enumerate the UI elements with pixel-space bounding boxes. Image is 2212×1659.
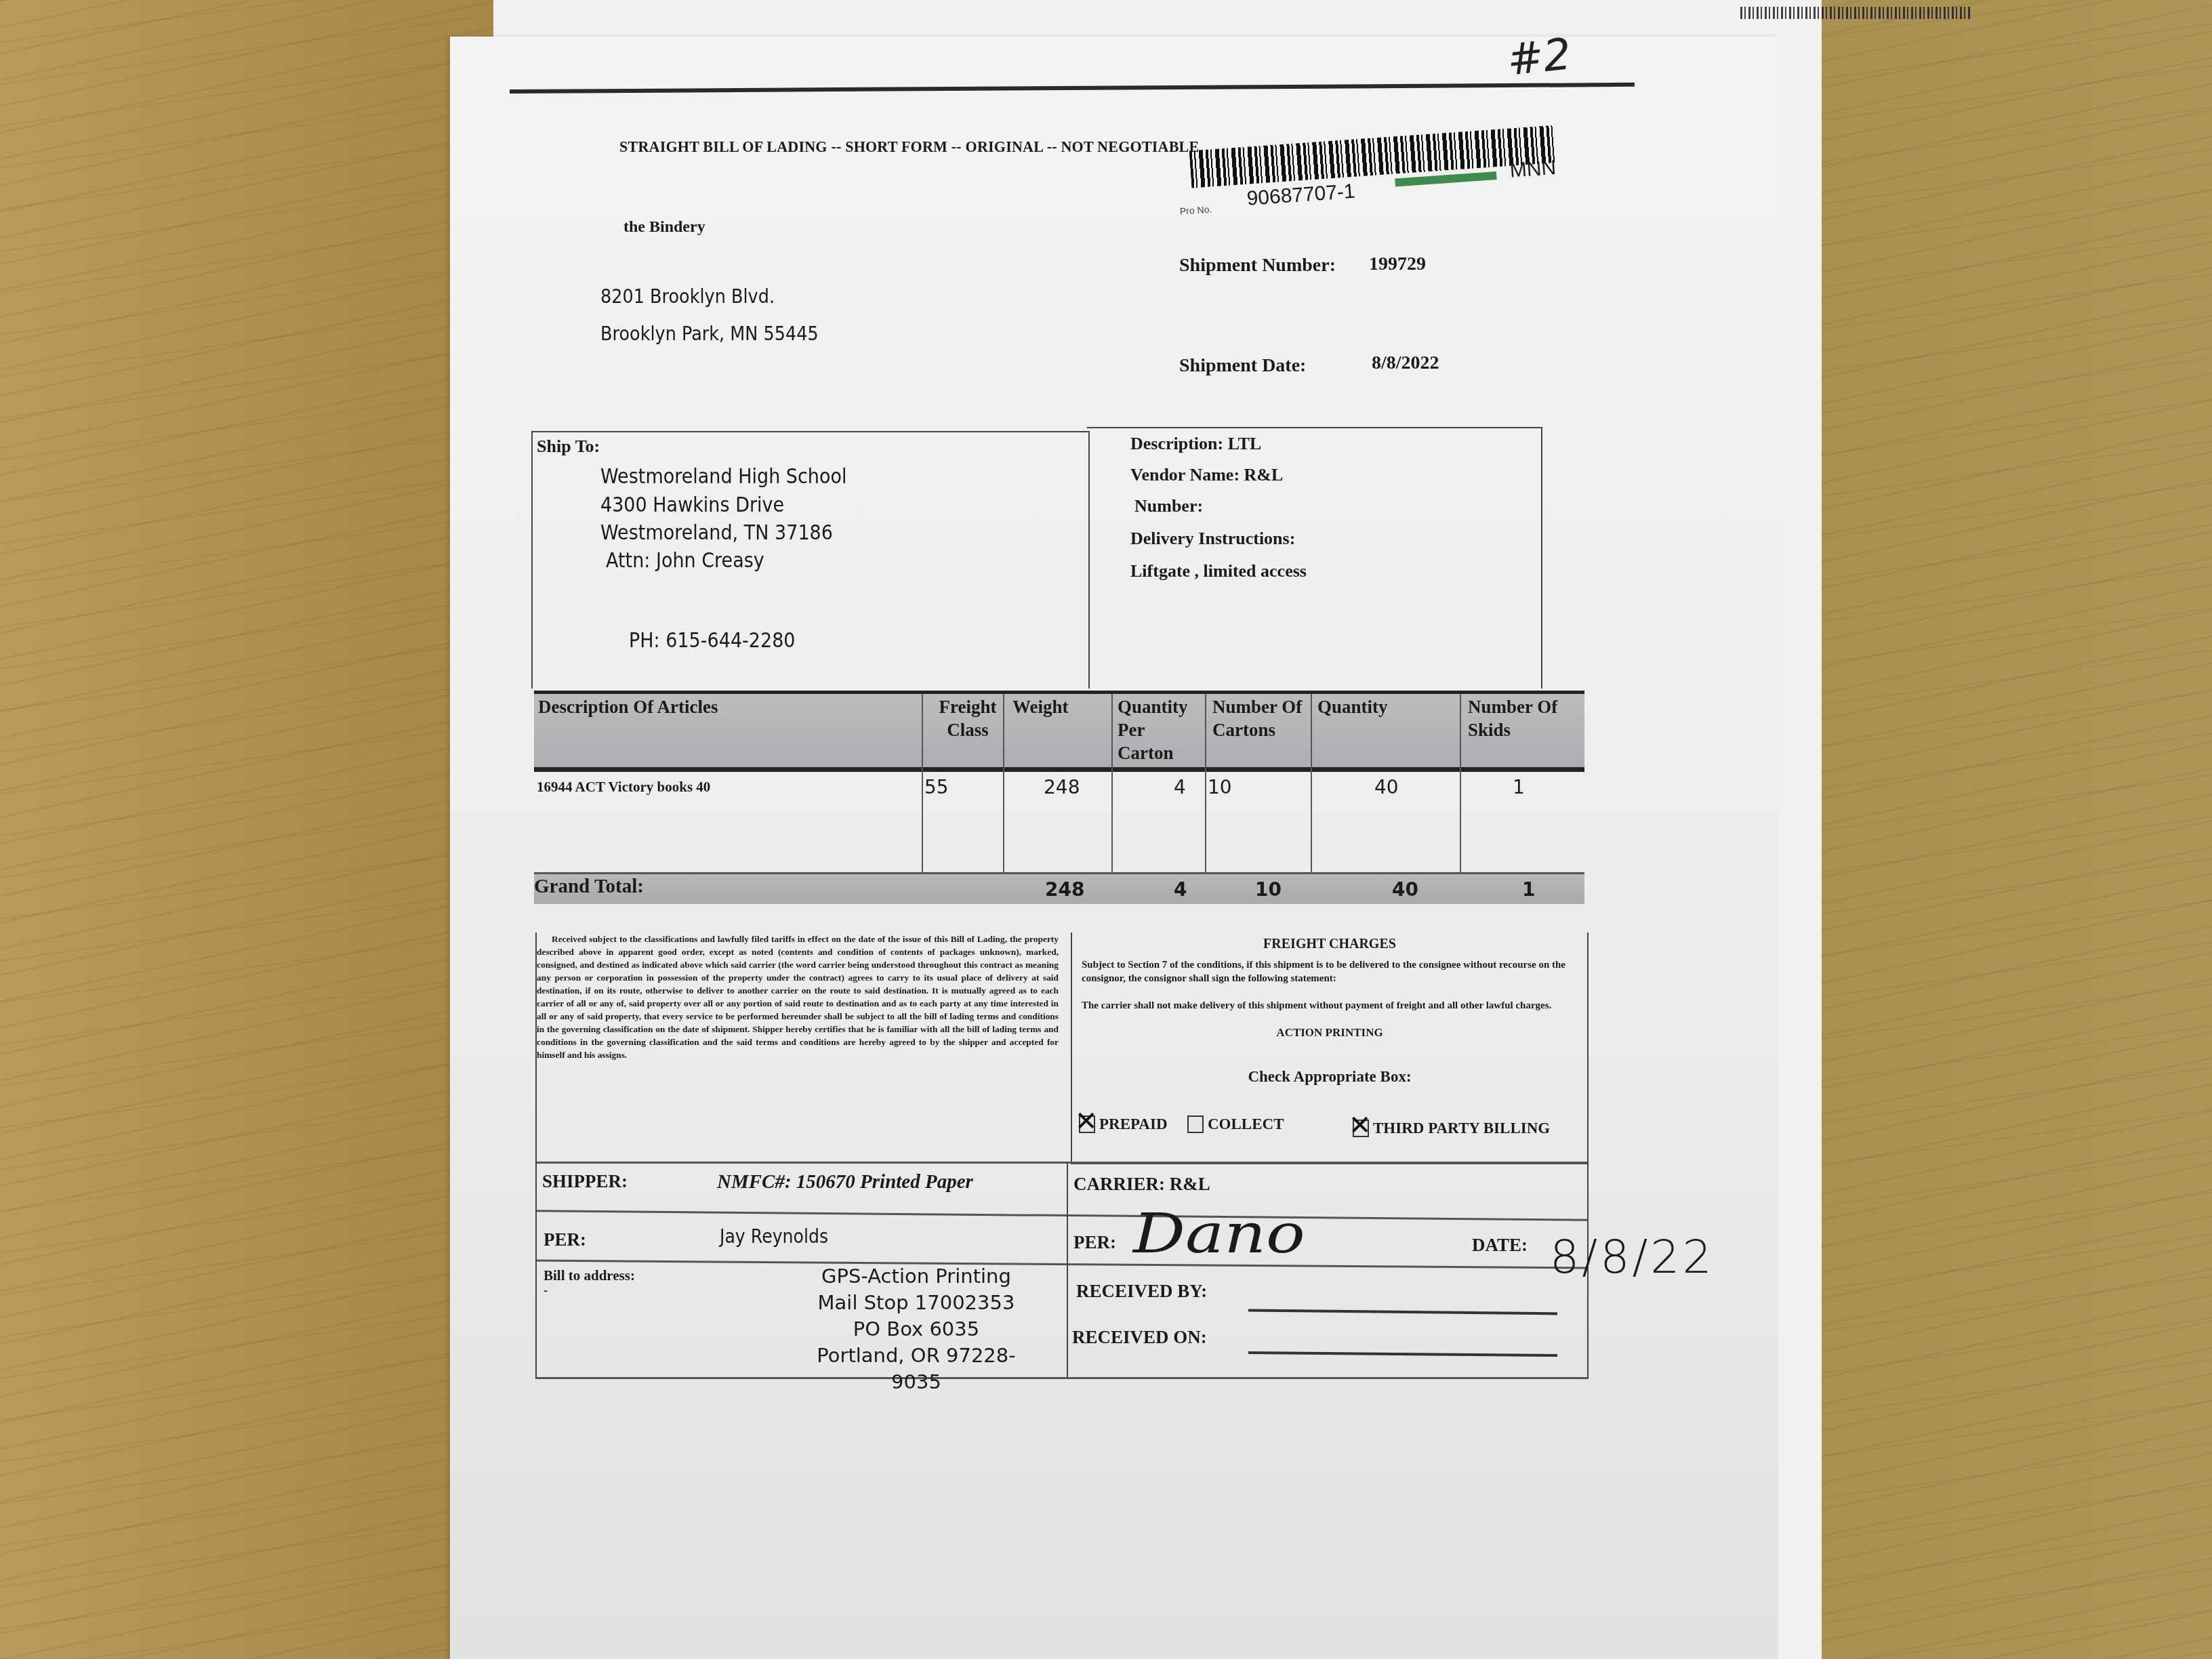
freight-paragraph-2: The carrier shall not make delivery of t… <box>1082 999 1576 1012</box>
shipment-number-label: Shipment Number: <box>1179 255 1336 276</box>
col-header-num-skids: Number Of Skids <box>1464 694 1572 767</box>
form-title: STRAIGHT BILL OF LADING -- SHORT FORM --… <box>619 138 1199 157</box>
bill-to-address: GPS-Action Printing Mail Stop 17002353 P… <box>801 1263 1031 1395</box>
bill-to-line: PO Box 6035 <box>801 1316 1031 1343</box>
signature-section: SHIPPER: NMFC#: 150670 Printed Paper CAR… <box>535 1162 1589 1379</box>
delivery-instructions-label: Delivery Instructions: <box>1130 529 1295 549</box>
checkbox-collect[interactable] <box>1187 1115 1204 1133</box>
carrier-field: CARRIER: R&L <box>1073 1174 1210 1195</box>
date-label: DATE: <box>1472 1235 1528 1256</box>
option-label: THIRD PARTY BILLING <box>1373 1120 1550 1137</box>
divider <box>537 1162 1587 1164</box>
freight-charges-title: FREIGHT CHARGES <box>1072 937 1587 952</box>
option-collect[interactable]: COLLECT <box>1187 1115 1284 1133</box>
vendor-name-field: Vendor Name: R&L <box>1130 465 1283 485</box>
bill-to-dash: - <box>544 1284 548 1298</box>
col-header-qty-per-carton: Quantity Per Carton <box>1113 694 1208 767</box>
shipper-address-line1: 8201 Brooklyn Blvd. <box>600 285 775 308</box>
cell-num-skids: 1 <box>1513 776 1525 798</box>
option-third-party-billing[interactable]: THIRD PARTY BILLING <box>1353 1120 1550 1137</box>
freight-paragraph-1: Subject to Section 7 of the conditions, … <box>1082 958 1576 985</box>
bill-to-line: GPS-Action Printing <box>801 1263 1031 1290</box>
option-label: PREPAID <box>1099 1115 1168 1133</box>
number-field: Number: <box>1134 496 1203 516</box>
shipper-label: SHIPPER: <box>542 1171 628 1192</box>
ship-to-line: Westmoreland, TN 37186 <box>600 521 833 545</box>
back-sheet-barcode <box>1740 7 1971 19</box>
billing-company: ACTION PRINTING <box>1072 1026 1587 1040</box>
shipment-date: 8/8/2022 <box>1372 352 1439 374</box>
received-by-line[interactable] <box>1248 1309 1557 1315</box>
table-header: Description Of Articles Freight Class We… <box>534 691 1584 772</box>
total-weight: 248 <box>1045 878 1084 901</box>
freight-charges-box: FREIGHT CHARGES Subject to Section 7 of … <box>1071 933 1589 1164</box>
option-label: COLLECT <box>1208 1115 1284 1133</box>
carrier-signature: Dano <box>1133 1202 1305 1265</box>
shipment-details-box: Description: LTL Vendor Name: R&L Number… <box>1087 427 1542 689</box>
col-header-description: Description Of Articles <box>534 694 927 767</box>
option-prepaid[interactable]: PREPAID <box>1079 1115 1168 1133</box>
pro-barcode-label: Pro No. 90687707-1 MNN <box>1175 119 1559 226</box>
ship-to-label: Ship To: <box>537 436 600 457</box>
total-qty-per-carton: 4 <box>1174 878 1187 901</box>
shipment-number: 199729 <box>1369 253 1426 275</box>
nmfc-code: NMFC#: 150670 Printed Paper <box>717 1171 973 1193</box>
shipper-name: the Bindery <box>623 218 705 237</box>
handwritten-page-number: #2 <box>1504 29 1574 85</box>
bill-to-line: Mail Stop 17002353 <box>801 1290 1031 1316</box>
bill-to-line: Portland, OR 97228-9035 <box>801 1343 1031 1395</box>
checkbox-prepaid[interactable] <box>1079 1115 1095 1133</box>
description-field: Description: LTL <box>1130 434 1261 454</box>
total-num-cartons: 10 <box>1255 878 1282 901</box>
shipper-address-line2: Brooklyn Park, MN 55445 <box>600 322 819 345</box>
received-on-line[interactable] <box>1248 1351 1557 1357</box>
checkbox-third-party[interactable] <box>1353 1120 1369 1137</box>
handwritten-date: 8/8/22 <box>1550 1231 1715 1284</box>
received-on-label: RECEIVED ON: <box>1072 1327 1207 1348</box>
ship-to-line: Westmoreland High School <box>600 465 846 489</box>
col-header-freight-class: Freight Class <box>927 694 1008 767</box>
col-header-weight: Weight <box>1008 694 1117 767</box>
terms-box: Received subject to the classifications … <box>535 933 1072 1163</box>
cell-description: 16944 ACT Victory books 40 <box>537 779 710 796</box>
pro-label: Pro No. <box>1179 203 1212 216</box>
carrier-per-label: PER: <box>1073 1232 1116 1253</box>
total-quantity: 40 <box>1392 878 1418 901</box>
cell-qty-per-carton: 4 <box>1174 776 1186 798</box>
divider <box>537 1210 1587 1221</box>
shipper-per-name: Jay Reynolds <box>720 1225 828 1248</box>
cell-num-cartons: 10 <box>1208 776 1232 798</box>
carrier-logo-strip <box>1395 171 1496 186</box>
ship-to-line: 4300 Hawkins Drive <box>600 493 784 517</box>
check-box-title: Check Appropriate Box: <box>1072 1068 1587 1086</box>
ship-to-phone: PH: 615-644-2280 <box>629 629 796 653</box>
ship-to-box: Ship To: Westmoreland High School 4300 H… <box>531 431 1090 689</box>
terms-paragraph: Received subject to the classifications … <box>537 933 1059 1061</box>
pro-number: 90687707-1 <box>1246 180 1356 211</box>
divider <box>1067 1162 1068 1377</box>
payment-options: PREPAID COLLECT THIRD PARTY BILLING <box>1079 1115 1580 1143</box>
bill-of-lading-page: #2 STRAIGHT BILL OF LADING -- SHORT FORM… <box>450 37 1778 1659</box>
divider <box>537 1260 1587 1269</box>
delivery-instructions-value: Liftgate , limited access <box>1130 561 1307 581</box>
terminal-code: MNN <box>1509 157 1557 183</box>
total-num-skids: 1 <box>1522 878 1535 901</box>
shipment-date-label: Shipment Date: <box>1179 355 1306 377</box>
barcode-icon <box>1189 125 1557 188</box>
grand-total-row: Grand Total: 248 4 10 40 1 <box>534 872 1584 904</box>
shipper-per-label: PER: <box>544 1229 586 1250</box>
cell-weight: 248 <box>1044 776 1080 798</box>
bill-to-label: Bill to address: <box>544 1267 635 1284</box>
col-header-num-cartons: Number Of Cartons <box>1208 694 1310 767</box>
ship-to-attn: Attn: John Creasy <box>606 549 764 573</box>
received-by-label: RECEIVED BY: <box>1076 1281 1207 1302</box>
cell-quantity: 40 <box>1374 776 1399 798</box>
top-rule <box>510 83 1635 94</box>
cell-freight-class: 55 <box>924 776 949 798</box>
grand-total-label: Grand Total: <box>534 876 644 898</box>
col-header-quantity: Quantity <box>1313 694 1456 767</box>
table-row: 16944 ACT Victory books 40 55 248 4 10 4… <box>534 772 1584 872</box>
